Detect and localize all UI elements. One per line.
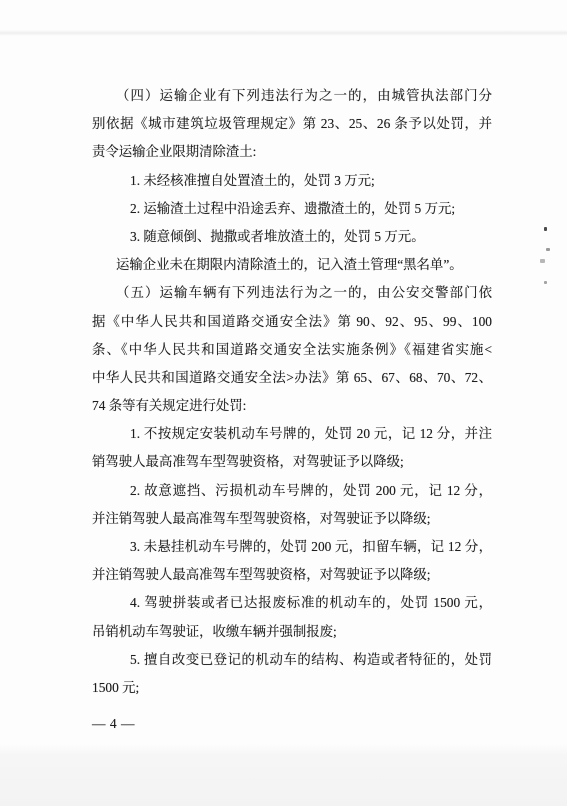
document-line: 2. 故意遮挡、污损机动车号牌的，处罚 200 元，记 12 分， bbox=[92, 477, 492, 505]
document-line: 销驾驶人最高准驾车型驾驶资格，对驾驶证予以降级; bbox=[92, 448, 492, 476]
scan-speck bbox=[544, 281, 547, 284]
document-body: （四）运输企业有下列违法行为之一的，由城管执法部门分别依据《城市建筑垃圾管理规定… bbox=[92, 82, 492, 702]
document-line: 责令运输企业限期清除渣土: bbox=[92, 138, 492, 166]
scan-speck bbox=[544, 227, 547, 231]
document-line: 74 条等有关规定进行处罚: bbox=[92, 392, 492, 420]
document-line: 据《中华人民共和国道路交通安全法》第 90、92、95、99、100 bbox=[92, 308, 492, 336]
document-line: 3. 随意倾倒、抛撒或者堆放渣土的，处罚 5 万元。 bbox=[92, 223, 492, 251]
document-line: 5. 擅自改变已登记的机动车的结构、构造或者特征的，处罚 bbox=[92, 646, 492, 674]
document-line: 1500 元; bbox=[92, 674, 492, 702]
document-page: （四）运输企业有下列违法行为之一的，由城管执法部门分别依据《城市建筑垃圾管理规定… bbox=[0, 0, 567, 806]
document-line: 中华人民共和国道路交通安全法>办法》第 65、67、68、70、72、 bbox=[92, 364, 492, 392]
document-line: 1. 不按规定安装机动车号牌的，处罚 20 元，记 12 分，并注 bbox=[92, 420, 492, 448]
document-line: 1. 未经核准擅自处置渣土的，处罚 3 万元; bbox=[92, 167, 492, 195]
document-line: 并注销驾驶人最高准驾车型驾驶资格，对驾驶证予以降级; bbox=[92, 561, 492, 589]
document-line: 吊销机动车驾驶证，收缴车辆并强制报废; bbox=[92, 618, 492, 646]
scan-speck bbox=[546, 248, 550, 251]
scan-artifact-top-band bbox=[0, 30, 567, 36]
document-line: 3. 未悬挂机动车号牌的，处罚 200 元，扣留车辆，记 12 分， bbox=[92, 533, 492, 561]
document-line: （四）运输企业有下列违法行为之一的，由城管执法部门分 bbox=[92, 82, 492, 110]
page-number: — 4 — bbox=[92, 710, 135, 738]
document-line: （五）运输车辆有下列违法行为之一的，由公安交警部门依 bbox=[92, 279, 492, 307]
document-line: 2. 运输渣土过程中沿途丢弃、遗撒渣土的，处罚 5 万元; bbox=[92, 195, 492, 223]
document-line: 别依据《城市建筑垃圾管理规定》第 23、25、26 条予以处罚，并 bbox=[92, 110, 492, 138]
document-line: 并注销驾驶人最高准驾车型驾驶资格，对驾驶证予以降级; bbox=[92, 505, 492, 533]
document-line: 条、《中华人民共和国道路交通安全法实施条例》《福建省实施< bbox=[92, 336, 492, 364]
document-line: 4. 驾驶拼装或者已达报废标准的机动车的，处罚 1500 元， bbox=[92, 589, 492, 617]
scan-speck bbox=[540, 259, 545, 263]
document-line: 运输企业未在期限内清除渣土的，记入渣土管理“黑名单”。 bbox=[92, 251, 492, 279]
scan-artifact-bottom-band bbox=[0, 744, 567, 806]
